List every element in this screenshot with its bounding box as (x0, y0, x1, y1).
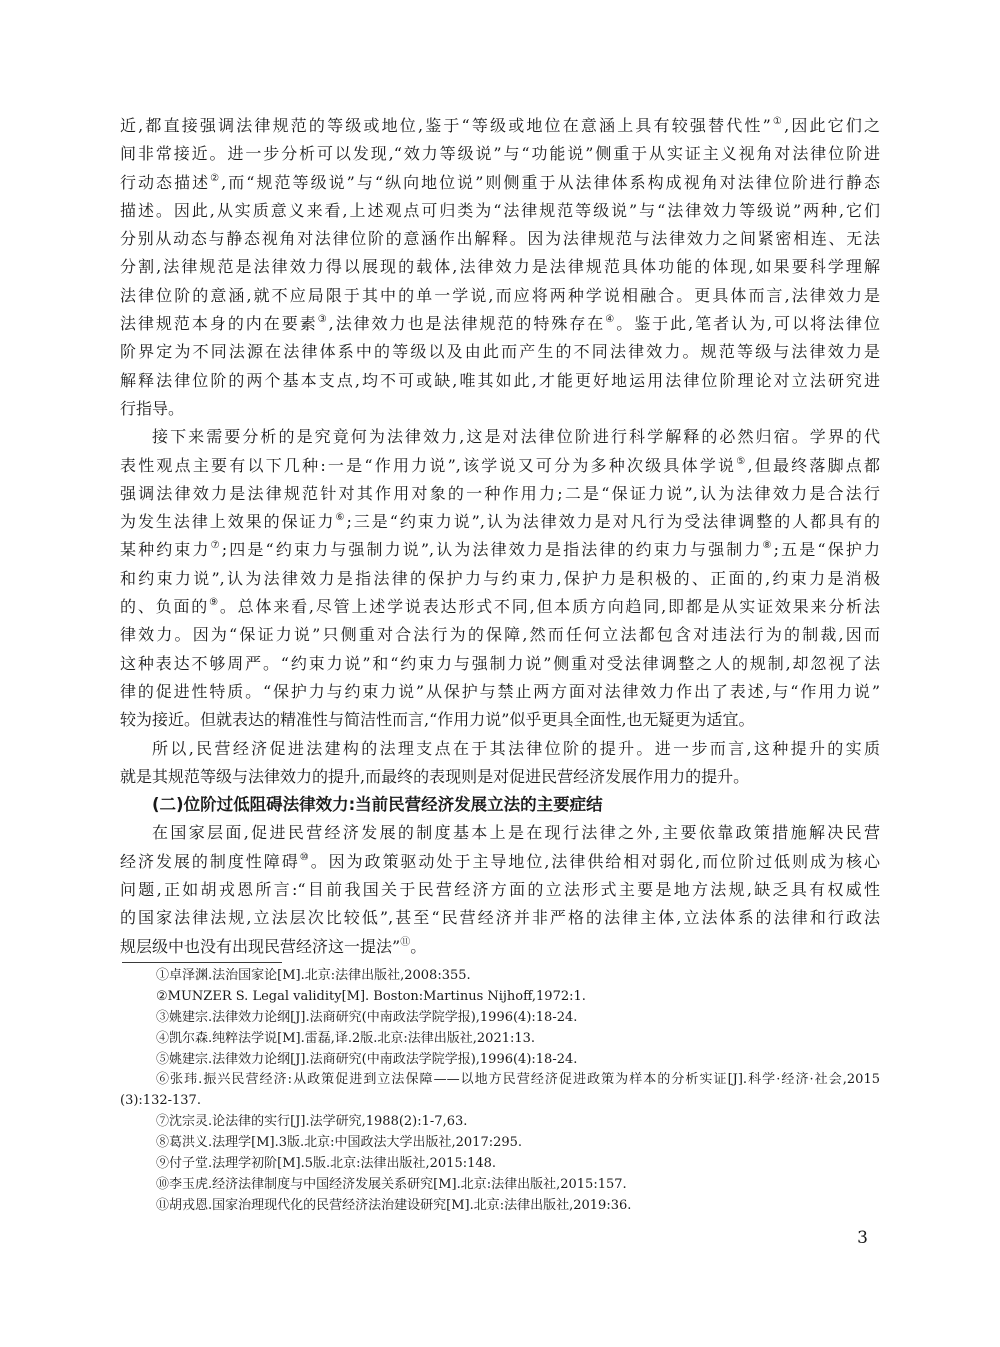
footnote-separator (122, 962, 282, 963)
text-line: 间非常接近。进一步分析可以发现,“效力等级说”与“功能说”侧重于从实证主义视角对… (120, 140, 880, 168)
text-line: 分割,法律规范是法律效力得以展现的载体,法律效力是法律规范具体功能的体现,如果要… (120, 253, 880, 281)
footnote-ref: ⑥ (336, 512, 347, 523)
footnote-ref: ⑨ (209, 597, 220, 608)
text-line: 描述。因此,从实质意义来看,上述观点可归类为“法律规范等级说”与“法律效力等级说… (120, 197, 880, 225)
footnotes: ①卓泽渊.法治国家论[M].北京:法律出版社,2008:355.②MUNZER … (120, 966, 880, 1217)
text-line: 的国家法律法规,立法层次比较低”,甚至“民营经济并非严格的法律主体,立法体系的法… (120, 904, 880, 932)
paragraph: 所以,民营经济促进法建构的法理支点在于其法律位阶的提升。进一步而言,这种提升的实… (120, 735, 880, 792)
text-line: 近,都直接强调法律规范的等级或地位,鉴于“等级或地位在意涵上具有较强替代性”①,… (120, 112, 880, 140)
footnote-ref: ⑤ (736, 456, 747, 467)
footnote-ref: ① (771, 116, 784, 127)
footnote-ref: ⑪ (400, 937, 410, 948)
text-line: 某种约束力⑦;四是“约束力与强制力说”,认为法律效力是指法律的约束力与强制力⑧;… (120, 536, 880, 564)
text-line: 接下来需要分析的是究竟何为法律效力,这是对法律位阶进行科学解释的必然归宿。学界的… (120, 423, 880, 451)
footnote-line: ②MUNZER S. Legal validity[M]. Boston:Mar… (120, 987, 880, 1008)
text-line: 和约束力说”,认为法律效力是指法律的保护力与约束力,保护力是积极的、正面的,约束… (120, 565, 880, 593)
text-line: 这种表达不够周严。“约束力说”和“约束力与强制力说”侧重对受法律调整之人的规制,… (120, 650, 880, 678)
text-line: 律的促进性特质。“保护力与约束力说”从保护与禁止两方面对法律效力作出了表述,与“… (120, 678, 880, 706)
page: 近,都直接强调法律规范的等级或地位,鉴于“等级或地位在意涵上具有较强替代性”①,… (0, 0, 1000, 1347)
text-line: 经济发展的制度性障碍⑩。因为政策驱动处于主导地位,法律供给相对弱化,而位阶过低则… (120, 848, 880, 876)
text-line: 就是其规范等级与法律效力的提升,而最终的表现则是对促进民营经济发展作用力的提升。 (120, 763, 880, 791)
footnote-line: ③姚建宗.法律效力论纲[J].法商研究(中南政法学院学报),1996(4):18… (120, 1008, 880, 1029)
footnote-line: ⑨付子堂.法理学初阶[M].5版.北京:法律出版社,2015:148. (120, 1154, 880, 1175)
footnote-line: ①卓泽渊.法治国家论[M].北京:法律出版社,2008:355. (120, 966, 880, 987)
footnote-ref: ③ (318, 314, 329, 325)
text-line: 行指导。 (120, 395, 880, 423)
footnote-line: ⑤姚建宗.法律效力论纲[J].法商研究(中南政法学院学报),1996(4):18… (120, 1050, 880, 1071)
page-number: 3 (120, 1228, 868, 1248)
text-line: 为发生法律上效果的保证力⑥;三是“约束力说”,认为法律效力是对凡行为受法律调整的… (120, 508, 880, 536)
paragraph: 接下来需要分析的是究竟何为法律效力,这是对法律位阶进行科学解释的必然归宿。学界的… (120, 423, 880, 734)
text-line: 强调法律效力是法律规范针对其作用对象的一种作用力;二是“保证力说”,认为法律效力… (120, 480, 880, 508)
text-line: 问题,正如胡戎恩所言:“目前我国关于民营经济方面的立法形式主要是地方法规,缺乏具… (120, 876, 880, 904)
footnote-ref: ④ (605, 314, 616, 325)
footnote-line: (3):132-137. (120, 1091, 880, 1112)
footnote-ref: ⑦ (211, 540, 222, 551)
text-line: 行动态描述②,而“规范等级说”与“纵向地位说”则侧重于从法律体系构成视角对法律位… (120, 169, 880, 197)
paragraph: 近,都直接强调法律规范的等级或地位,鉴于“等级或地位在意涵上具有较强替代性”①,… (120, 112, 880, 423)
text-line: 解释法律位阶的两个基本支点,均不可或缺,唯其如此,才能更好地运用法律位阶理论对立… (120, 367, 880, 395)
paragraph: 在国家层面,促进民营经济发展的制度基本上是在现行法律之外,主要依靠政策措施解决民… (120, 819, 880, 960)
footnote-line: ⑥张玮.振兴民营经济:从政策促进到立法保障——以地方民营经济促进政策为样本的分析… (120, 1070, 880, 1091)
text-line: 规层级中也没有出现民营经济这一提法”⑪。 (120, 933, 880, 961)
footnote-ref: ⑩ (300, 852, 311, 863)
body-text: 近,都直接强调法律规范的等级或地位,鉴于“等级或地位在意涵上具有较强替代性”①,… (120, 112, 880, 961)
text-line: 律效力。因为“保证力说”只侧重对合法行为的保障,然而任何立法都包含对违法行为的制… (120, 621, 880, 649)
footnote-line: ⑦沈宗灵.论法律的实行[J].法学研究,1988(2):1-7,63. (120, 1112, 880, 1133)
text-line: 较为接近。但就表达的精准性与简洁性而言,“作用力说”似乎更具全面性,也无疑更为适… (120, 706, 880, 734)
text-line: 所以,民营经济促进法建构的法理支点在于其法律位阶的提升。进一步而言,这种提升的实… (120, 735, 880, 763)
text-line: 阶界定为不同法源在法律体系中的等级以及由此而产生的不同法律效力。规范等级与法律效… (120, 338, 880, 366)
footnote-line: ④凯尔森.纯粹法学说[M].雷磊,译.2版.北京:法律出版社,2021:13. (120, 1029, 880, 1050)
section-heading: (二)位阶过低阻碍法律效力:当前民营经济发展立法的主要症结 (120, 791, 880, 819)
text-line: 法律位阶的意涵,就不应局限于其中的单一学说,而应将两种学说相融合。更具体而言,法… (120, 282, 880, 310)
text-line: 的、负面的⑨。总体来看,尽管上述学说表达形式不同,但本质方向趋同,即都是从实证效… (120, 593, 880, 621)
footnote-line: ⑧葛洪义.法理学[M].3版.北京:中国政法大学出版社,2017:295. (120, 1133, 880, 1154)
heading-line: (二)位阶过低阻碍法律效力:当前民营经济发展立法的主要症结 (120, 791, 880, 819)
text-line: 分别从动态与静态视角对法律位阶的意涵作出解释。因为法律规范与法律效力之间紧密相连… (120, 225, 880, 253)
footnote-ref: ② (210, 173, 221, 184)
text-line: 在国家层面,促进民营经济发展的制度基本上是在现行法律之外,主要依靠政策措施解决民… (120, 819, 880, 847)
footnote-ref: ⑧ (763, 540, 774, 551)
footnote-line: ⑩李玉虎.经济法律制度与中国经济发展关系研究[M].北京:法律出版社,2015:… (120, 1175, 880, 1196)
footnote-line: ⑪胡戎恩.国家治理现代化的民营经济法治建设研究[M].北京:法律出版社,2019… (120, 1196, 880, 1217)
text-line: 法律规范本身的内在要素③,法律效力也是法律规范的特殊存在④。鉴于此,笔者认为,可… (120, 310, 880, 338)
text-line: 表性观点主要有以下几种:一是“作用力说”,该学说又可分为多种次级具体学说⑤,但最… (120, 452, 880, 480)
